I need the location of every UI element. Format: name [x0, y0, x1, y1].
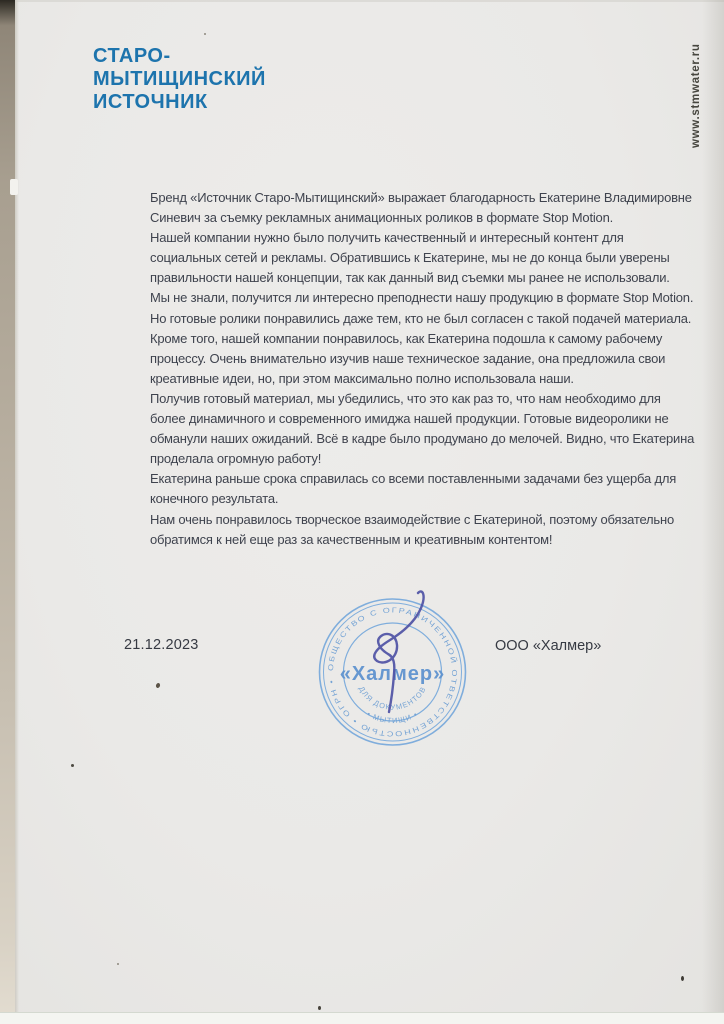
letter-line: Но готовые ролики понравились даже тем, …: [150, 311, 694, 331]
paragraph: Нашей компании нужно было получить качес…: [150, 230, 694, 290]
dust-speck: [117, 963, 119, 965]
paragraph: Получив готовый материал, мы убедились, …: [150, 391, 694, 471]
logo-line-1: СТАРО-: [93, 45, 266, 68]
letter-line: Нашей компании нужно было получить качес…: [150, 230, 694, 250]
company-logo: СТАРО- МЫТИЩИНСКИЙ ИСТОЧНИК: [93, 45, 266, 114]
dust-speck: [155, 682, 160, 688]
letter-line: Екатерина раньше срока справилась со все…: [150, 471, 694, 491]
letter-line: Мы не знали, получится ли интересно преп…: [150, 290, 694, 310]
letter-line: Бренд «Источник Старо-Мытищинский» выраж…: [150, 190, 694, 210]
stamp-graphic: ОБЩЕСТВО С ОГРАНИЧЕННОЙ ОТВЕТСТВЕННОСТЬЮ…: [314, 590, 474, 758]
letter-line: проделала огромную работу!: [150, 451, 694, 471]
website-vertical-label: www.stmwater.ru: [690, 43, 702, 148]
letter-line: социальных сетей и рекламы. Обратившись …: [150, 250, 694, 270]
letter-line: Кроме того, нашей компании понравилось, …: [150, 331, 694, 351]
scan-edge-bottom: [0, 1012, 724, 1024]
scan-edge-left: [0, 0, 15, 1024]
paper-right-shadow: [702, 0, 724, 1024]
dust-speck: [681, 976, 684, 981]
paper-top-shadow: [15, 0, 724, 2]
scanned-letter-page: { "brand": { "logo_lines": ["СТАРО-", "М…: [0, 0, 724, 1024]
letter-date: 21.12.2023: [124, 637, 199, 653]
stamp-city-text: • МЫТИЩИ •: [365, 709, 419, 725]
logo-line-3: ИСТОЧНИК: [93, 91, 266, 114]
letter-line: креативные идеи, но, при этом максимальн…: [150, 371, 694, 391]
letter-line: Нам очень понравилось творческое взаимод…: [150, 512, 694, 532]
logo-line-2: МЫТИЩИНСКИЙ: [93, 68, 266, 91]
dust-speck: [71, 764, 74, 767]
paragraph: Кроме того, нашей компании понравилось, …: [150, 331, 694, 391]
dust-speck: [204, 33, 206, 35]
letter-line: обратимся к ней еще раз за качественным …: [150, 532, 694, 552]
paragraph: Бренд «Источник Старо-Мытищинский» выраж…: [150, 190, 694, 230]
letter-line: конечного результата.: [150, 491, 694, 511]
letter-line: более динамичного и современного имиджа …: [150, 411, 694, 431]
signer-organization: ООО «Халмер»: [495, 638, 601, 654]
letter-line: процессу. Очень внимательно изучив наше …: [150, 351, 694, 371]
letter-line: обманули наших ожиданий. Всё в кадре был…: [150, 431, 694, 451]
letter-line: Получив готовый материал, мы убедились, …: [150, 391, 694, 411]
paper-left-shadow: [15, 0, 19, 1024]
letter-line: правильности нашей концепции, так как да…: [150, 270, 694, 290]
paper-notch: [10, 179, 18, 195]
paragraph: Нам очень понравилось творческое взаимод…: [150, 512, 694, 552]
dust-speck: [318, 1006, 321, 1010]
paragraph: Екатерина раньше срока справилась со все…: [150, 471, 694, 511]
company-stamp: ОБЩЕСТВО С ОГРАНИЧЕННОЙ ОТВЕТСТВЕННОСТЬЮ…: [314, 590, 474, 758]
paragraph: Мы не знали, получится ли интересно преп…: [150, 290, 694, 330]
letter-body: Бренд «Источник Старо-Мытищинский» выраж…: [150, 190, 694, 552]
letter-line: Синевич за съемку рекламных анимационных…: [150, 210, 694, 230]
